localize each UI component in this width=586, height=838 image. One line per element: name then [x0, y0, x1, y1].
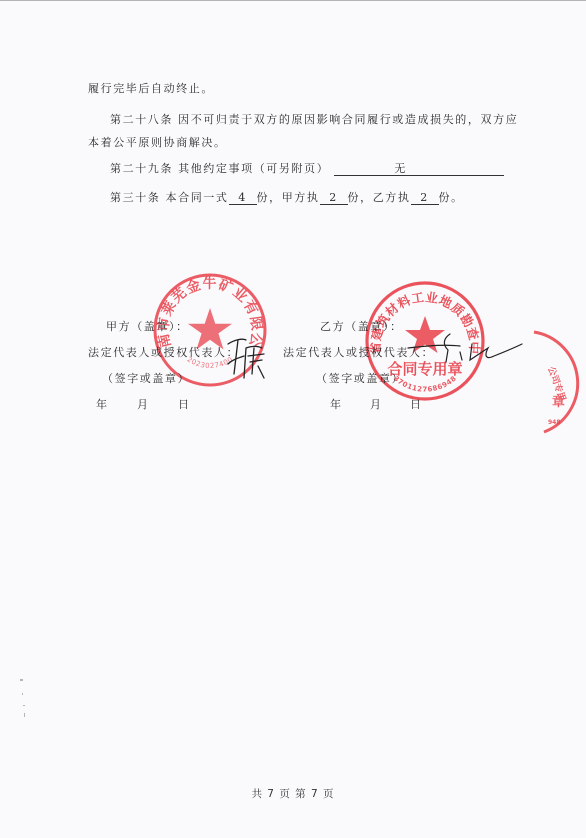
party-a-date-day: 日	[178, 398, 189, 412]
scan-top-edge	[0, 0, 586, 1]
party-a-representative-label: 法定代表人或授权代表人：	[88, 346, 239, 360]
party-b-date-day: 日	[410, 398, 421, 412]
article-28-line-2: 本着公平原则协商解决。	[88, 136, 227, 150]
party-a-date-year: 年	[96, 398, 107, 412]
paragraph-continuation: 履行完毕后自动终止。	[88, 82, 214, 96]
svg-text:948: 948	[548, 419, 561, 426]
copies-party-b: 2	[411, 192, 439, 205]
svg-text:章: 章	[552, 394, 565, 410]
copies-party-a: 2	[320, 192, 348, 205]
article-30: 第三十条 本合同一式4份，甲方执2份，乙方执2份。	[110, 191, 464, 205]
svg-text:济南市莱芜金牛矿业有限公司: 济南市莱芜金牛矿业有限公司	[150, 270, 266, 349]
article-30-prefix: 第三十条 本合同一式	[110, 191, 229, 204]
article-30-mid1: 份，甲方执	[257, 191, 320, 204]
party-b-date-month: 月	[370, 398, 381, 412]
party-b-sign-label: （签字或盖章）	[316, 372, 404, 386]
party-b-representative-label: 法定代表人或授权代表人：	[283, 346, 434, 360]
edge-seal-fragment-icon: 公司专用 章 948	[528, 328, 586, 436]
article-30-suffix: 份。	[439, 191, 464, 204]
page-number-footer: 共 7 页 第 7 页	[0, 786, 586, 801]
article-29: 第二十九条 其他约定事项（可另附页） 无	[110, 162, 504, 176]
scan-artifact-marks	[18, 675, 30, 725]
party-a-seal-label: 甲方（盖章）：	[106, 320, 189, 334]
svg-text:公司专用: 公司专用	[545, 365, 569, 403]
copies-total: 4	[229, 192, 257, 205]
article-30-mid2: 份，乙方执	[348, 191, 411, 204]
party-b-seal-label: 乙方（盖章）：	[320, 320, 403, 334]
party-a-sign-label: （签字或盖章）	[102, 372, 190, 386]
article-29-label: 第二十九条 其他约定事项（可另附页）	[110, 162, 329, 175]
svg-text:山东省建筑材料工业地质勘查中心站: 山东省建筑材料工业地质勘查中心站	[362, 278, 482, 355]
article-29-value: 无	[394, 162, 407, 175]
party-b-date-year: 年	[330, 398, 341, 412]
article-28-line-1: 第二十八条 因不可归责于双方的原因影响合同履行或造成损失的，双方应	[110, 113, 518, 127]
party-a-date-month: 月	[137, 398, 148, 412]
article-29-field: 无	[334, 163, 504, 176]
